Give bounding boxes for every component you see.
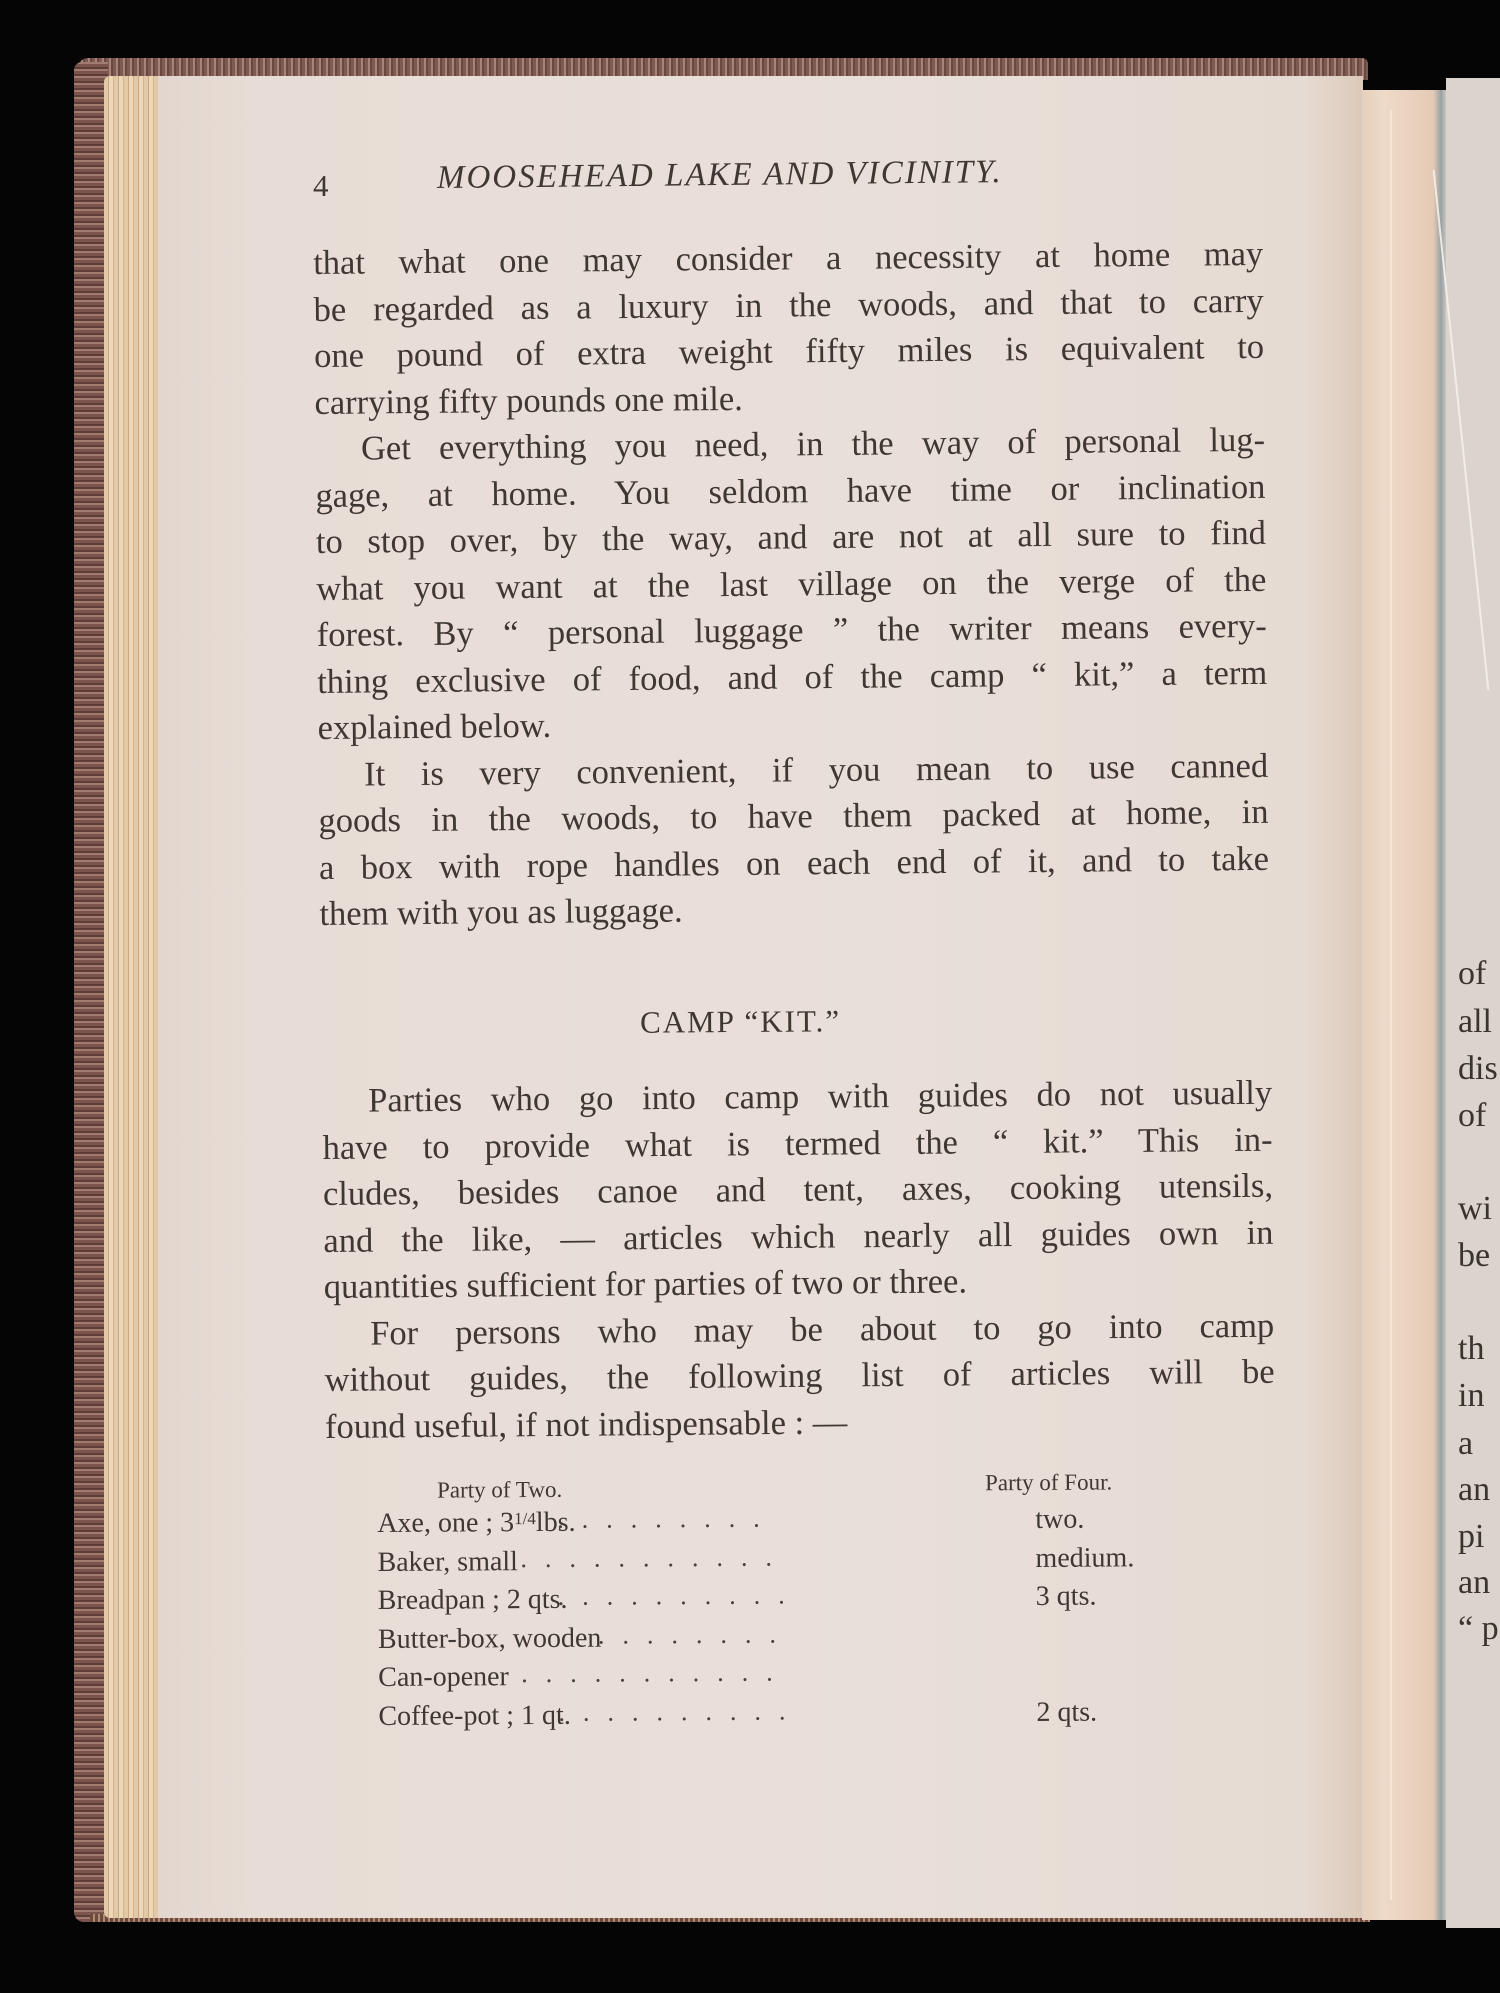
dot-leaders: ......... [557, 1504, 778, 1535]
facing-page-word-fragment: a [1458, 1425, 1473, 1463]
kit-list-rows: Axe, one ; 31/4lbs..........two.Baker, s… [377, 1503, 1198, 1739]
text-line: quantities sufficient for parties of two… [324, 1256, 1274, 1311]
section-heading: CAMP “KIT.” [640, 1003, 841, 1040]
kit-list-row: Butter-box, wooden........ [378, 1618, 1198, 1662]
text-line: For persons who may be about to go into … [324, 1302, 1274, 1357]
facing-page-word-fragment: of [1458, 1097, 1486, 1135]
kit-list-row: Breadpan ; 2 qts...........3 qts. [378, 1580, 1198, 1624]
running-head: 4 MOOSEHEAD LAKE AND VICINITY. [313, 150, 1133, 210]
text-line: without guides, the following list of ar… [324, 1349, 1274, 1404]
kit-list-row: Baker, small...........medium. [377, 1541, 1197, 1585]
facing-page-word-fragment: of [1458, 955, 1486, 993]
text-line: found useful, if not indispensable : — [325, 1395, 1275, 1450]
book-gutter [1362, 90, 1446, 1920]
facing-page-word-fragment: an [1458, 1471, 1490, 1509]
facing-page-word-fragment: wi [1458, 1190, 1492, 1228]
facing-page-word-fragment: “ p [1458, 1610, 1499, 1648]
dot-leaders: ........... [520, 1542, 790, 1574]
intro-paragraphs: that what one may consider a necessity a… [313, 231, 1270, 938]
dot-leaders: ........... [521, 1657, 791, 1689]
facing-page-word-fragment: be [1458, 1237, 1490, 1275]
page-stack-edges [104, 76, 164, 1918]
text-line: and the like, — articles which nearly al… [323, 1209, 1273, 1264]
text-line: have to provide what is termed the “ kit… [322, 1116, 1272, 1171]
facing-page-word-fragment: th [1458, 1330, 1484, 1368]
kit-list-header: Party of Two. Party of Four. [377, 1473, 1197, 1508]
gutter-highlight [1390, 110, 1392, 1900]
kit-list-row: Axe, one ; 31/4lbs..........two. [377, 1503, 1197, 1547]
party-of-four-quantity: 3 qts. [1036, 1581, 1097, 1613]
fraction: 1/4 [514, 1509, 536, 1528]
facing-page-word-fragment: in [1458, 1377, 1484, 1415]
running-title: MOOSEHEAD LAKE AND VICINITY. [437, 154, 1003, 197]
facing-page-word-fragment: all [1458, 1003, 1492, 1041]
kit-item-name: Axe, one ; 31/4lbs. [377, 1507, 575, 1540]
book-cover-spine-edge [74, 62, 108, 1922]
kit-list: Party of Two. Party of Four. Axe, one ; … [377, 1473, 1199, 1739]
text-line: to stop over, by the way, and are not at… [316, 510, 1266, 566]
kit-item-name: Breadpan ; 2 qts. [378, 1584, 568, 1617]
text-line: thing exclusive of food, and of the camp… [317, 649, 1267, 705]
text-line: forest. By “ personal luggage ” the writ… [317, 603, 1267, 659]
facing-page-word-fragment: an [1458, 1564, 1490, 1602]
text-line: Parties who go into camp with guides do … [322, 1070, 1272, 1125]
text-line: that what one may consider a necessity a… [313, 231, 1263, 287]
text-line: cludes, besides canoe and tent, axes, co… [323, 1163, 1273, 1218]
party-of-four-quantity: medium. [1035, 1542, 1134, 1575]
facing-page-word-fragment: pi [1458, 1518, 1484, 1556]
text-line: them with you as luggage. [319, 882, 1269, 938]
dot-leaders: .......... [558, 1696, 803, 1727]
kit-list-row: Can-opener........... [378, 1657, 1198, 1701]
kit-item-name: Can-opener [378, 1661, 509, 1694]
page-number: 4 [313, 168, 329, 204]
kit-list-row: Coffee-pot ; 1 qt...........2 qts. [378, 1695, 1198, 1739]
dot-leaders: .......... [558, 1580, 803, 1611]
kit-item-name: Coffee-pot ; 1 qt. [378, 1699, 571, 1732]
facing-page-word-fragment: dis [1458, 1050, 1498, 1088]
section-paragraphs: Parties who go into camp with guides do … [322, 1070, 1275, 1450]
party-of-four-quantity: 2 qts. [1036, 1696, 1097, 1728]
kit-item-name: Baker, small [377, 1546, 518, 1579]
text-line: a box with rope handles on each end of i… [319, 835, 1269, 891]
party-of-four-quantity: two. [1035, 1504, 1084, 1536]
dot-leaders: ........ [598, 1619, 794, 1650]
party-of-two-header: Party of Two. [437, 1477, 562, 1504]
text-line: Get everything you need, in the way of p… [315, 417, 1265, 473]
text-line: one pound of extra weight fifty miles is… [314, 324, 1264, 380]
kit-item-name: Butter-box, wooden [378, 1622, 602, 1655]
text-line: goods in the woods, to have them packed … [318, 789, 1268, 845]
party-of-four-header: Party of Four. [985, 1470, 1112, 1497]
